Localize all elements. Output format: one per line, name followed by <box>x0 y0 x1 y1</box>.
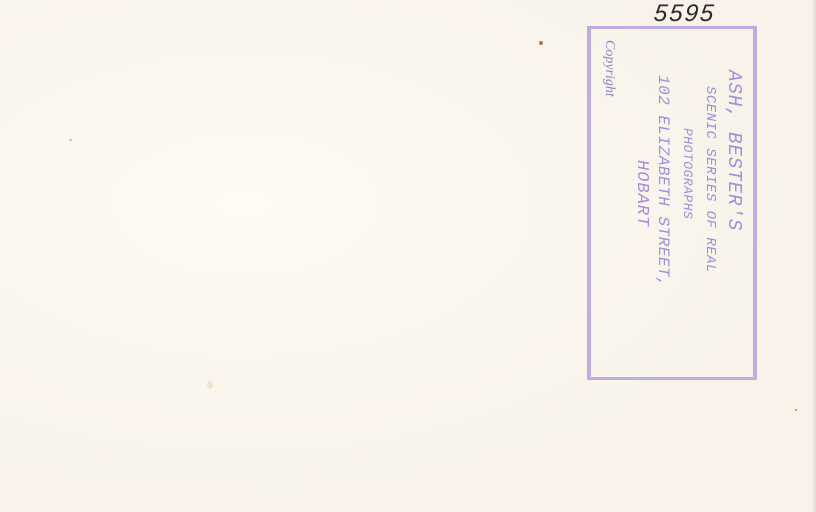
stamp-address-line: 102 ELIZABETH STREET, <box>654 75 672 287</box>
stamp-series-line: SCENIC SERIES OF REAL <box>702 86 718 273</box>
stamp-city-line: HOBART <box>632 160 651 227</box>
paper-speck <box>539 41 543 45</box>
handwritten-inventory-number: 5595 <box>653 0 717 28</box>
paper-speck <box>795 409 797 411</box>
stamp-copyright: Copyright <box>601 40 617 97</box>
card-edge-shadow <box>812 0 816 512</box>
stamp-publisher-name: ASH, BESTER'S <box>723 70 745 231</box>
paper-speck <box>69 139 72 141</box>
paper-stain <box>207 381 213 389</box>
stamp-photographs-line: PHOTOGRAPHS <box>680 128 695 219</box>
